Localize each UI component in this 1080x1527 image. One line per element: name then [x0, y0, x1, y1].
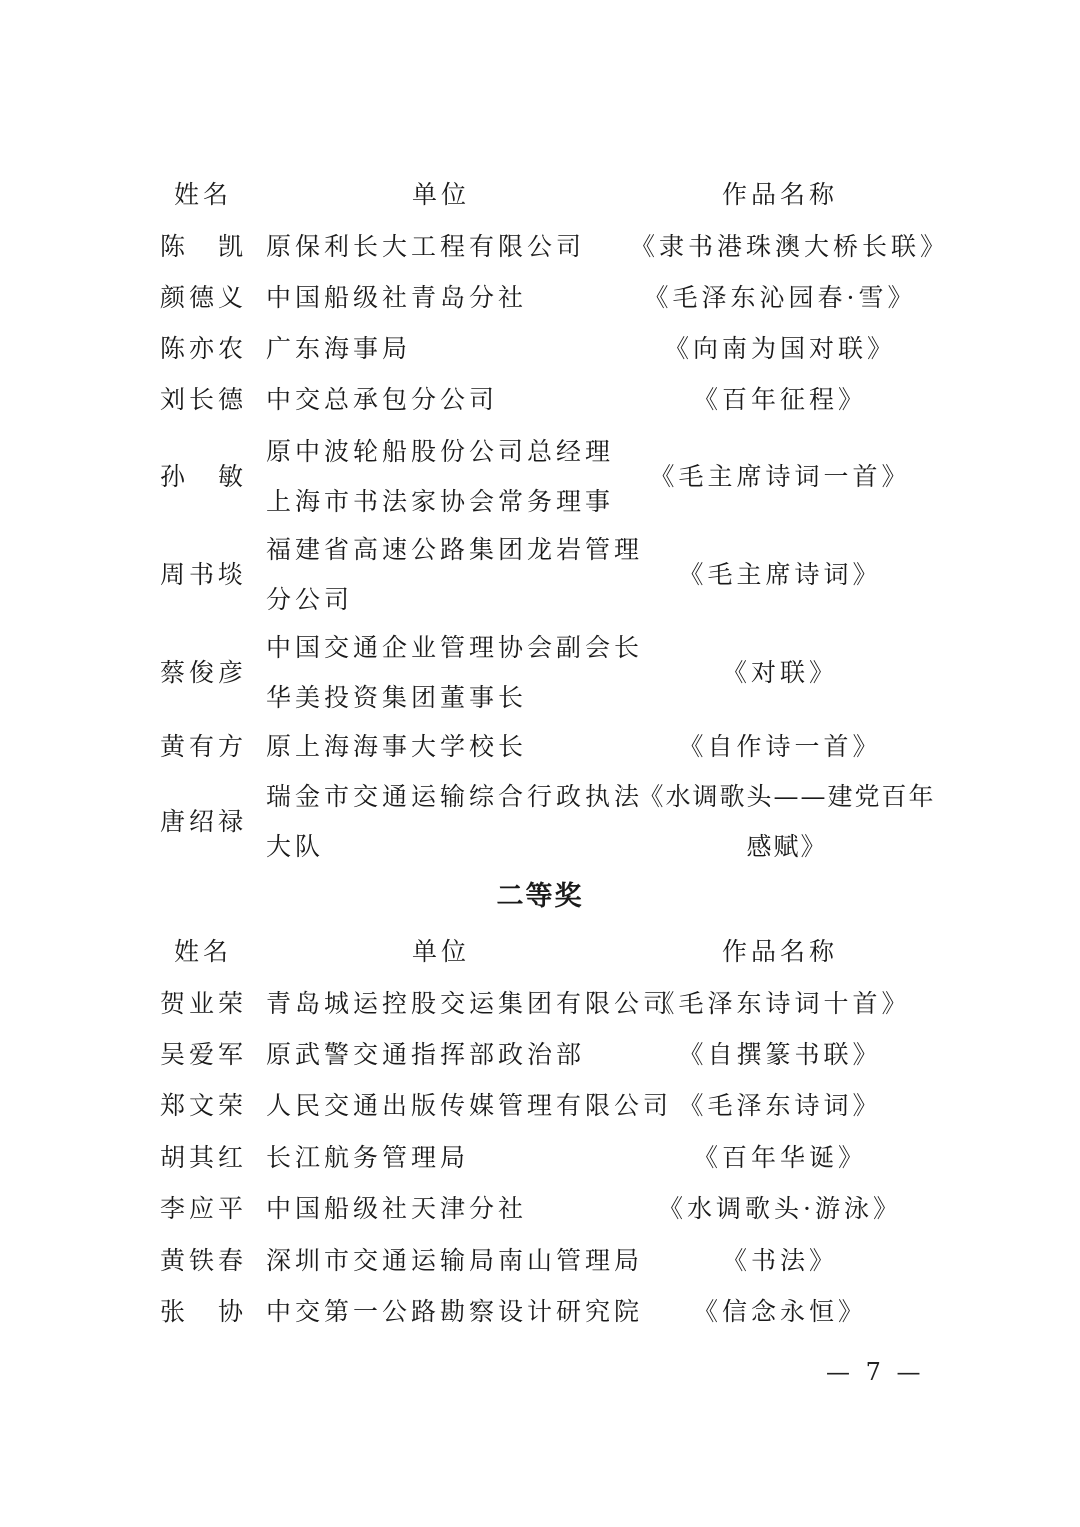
- header-name: 姓名: [174, 927, 264, 977]
- header-unit: 单位: [266, 170, 616, 220]
- awardee-unit: 福建省高速公路集团龙岩管理 分公司: [266, 525, 626, 625]
- awardee-name: 黄铁春: [160, 1236, 250, 1286]
- work-title: 《自作诗一首》: [630, 722, 930, 772]
- awardee-name: 张 协: [160, 1287, 250, 1337]
- awardee-name: 李应平: [160, 1184, 250, 1234]
- table-row: 周书埮 福建省高速公路集团龙岩管理 分公司 《毛主席诗词》: [160, 525, 950, 625]
- table-row: 孙 敏 原中波轮船股份公司总经理 上海市书法家协会常务理事 《毛主席诗词一首》: [160, 427, 950, 527]
- awardee-unit: 人民交通出版传媒管理有限公司: [266, 1081, 626, 1131]
- awardee-name: 胡其红: [160, 1133, 250, 1183]
- table-row: 蔡俊彦 中国交通企业管理协会副会长 华美投资集团董事长 《对联》: [160, 623, 950, 723]
- awardee-unit: 广东海事局: [266, 324, 626, 374]
- section-title-second-prize: 二等奖: [0, 872, 1080, 922]
- awardee-name: 陈 凯: [160, 222, 250, 272]
- awardee-name: 郑文荣: [160, 1081, 250, 1131]
- awardee-name: 蔡俊彦: [160, 648, 250, 698]
- header-name: 姓名: [174, 170, 264, 220]
- awardee-unit: 原保利长大工程有限公司: [266, 222, 626, 272]
- awardee-name: 孙 敏: [160, 452, 250, 502]
- work-title: 《向南为国对联》: [630, 324, 930, 374]
- awardee-unit: 瑞金市交通运输综合行政执法 大队: [266, 772, 626, 872]
- awardee-unit: 中国交通企业管理协会副会长 华美投资集团董事长: [266, 623, 626, 723]
- awardee-unit: 原上海海事大学校长: [266, 722, 626, 772]
- awardee-unit: 原中波轮船股份公司总经理 上海市书法家协会常务理事: [266, 427, 626, 527]
- header-unit: 单位: [266, 927, 616, 977]
- work-title: 《自撰篆书联》: [630, 1030, 930, 1080]
- work-title: 《隶书港珠澳大桥长联》: [630, 222, 930, 272]
- awardee-unit: 中国船级社青岛分社: [266, 273, 626, 323]
- work-title: 《百年华诞》: [630, 1133, 930, 1183]
- work-title: 《水调歌头——建党百年 感赋》: [622, 772, 952, 872]
- work-title: 《毛主席诗词一首》: [630, 452, 930, 502]
- awardee-unit: 中交第一公路勘察设计研究院: [266, 1287, 626, 1337]
- header-work: 作品名称: [630, 927, 930, 977]
- awardee-name: 黄有方: [160, 722, 250, 772]
- awardee-unit: 原武警交通指挥部政治部: [266, 1030, 626, 1080]
- work-title: 《对联》: [630, 648, 930, 698]
- work-title: 《毛泽东诗词十首》: [630, 979, 930, 1029]
- awardee-unit: 青岛城运控股交运集团有限公司: [266, 979, 626, 1029]
- work-title: 《书法》: [630, 1236, 930, 1286]
- awardee-unit: 中国船级社天津分社: [266, 1184, 626, 1234]
- awardee-unit: 中交总承包分公司: [266, 375, 626, 425]
- work-title: 《水调歌头·游泳》: [630, 1184, 930, 1234]
- awardee-unit: 深圳市交通运输局南山管理局: [266, 1236, 626, 1286]
- awardee-name: 吴爱军: [160, 1030, 250, 1080]
- awardee-unit: 长江航务管理局: [266, 1133, 626, 1183]
- awardee-name: 贺业荣: [160, 979, 250, 1029]
- awardee-name: 唐绍禄: [160, 797, 250, 847]
- work-title: 《毛泽东沁园春·雪》: [630, 273, 930, 323]
- page-number: — 7 —: [826, 1358, 925, 1386]
- awardee-name: 陈亦农: [160, 324, 250, 374]
- header-work: 作品名称: [630, 170, 930, 220]
- awardee-name: 刘长德: [160, 375, 250, 425]
- work-title: 《信念永恒》: [630, 1287, 930, 1337]
- awardee-name: 周书埮: [160, 550, 250, 600]
- awardee-name: 颜德义: [160, 273, 250, 323]
- work-title: 《毛主席诗词》: [630, 550, 930, 600]
- table-row: 唐绍禄 瑞金市交通运输综合行政执法 大队 《水调歌头——建党百年 感赋》: [160, 772, 950, 872]
- document-page: 姓名 单位 作品名称 陈 凯 原保利长大工程有限公司 《隶书港珠澳大桥长联》 颜…: [0, 0, 1080, 1527]
- work-title: 《毛泽东诗词》: [630, 1081, 930, 1131]
- work-title: 《百年征程》: [630, 375, 930, 425]
